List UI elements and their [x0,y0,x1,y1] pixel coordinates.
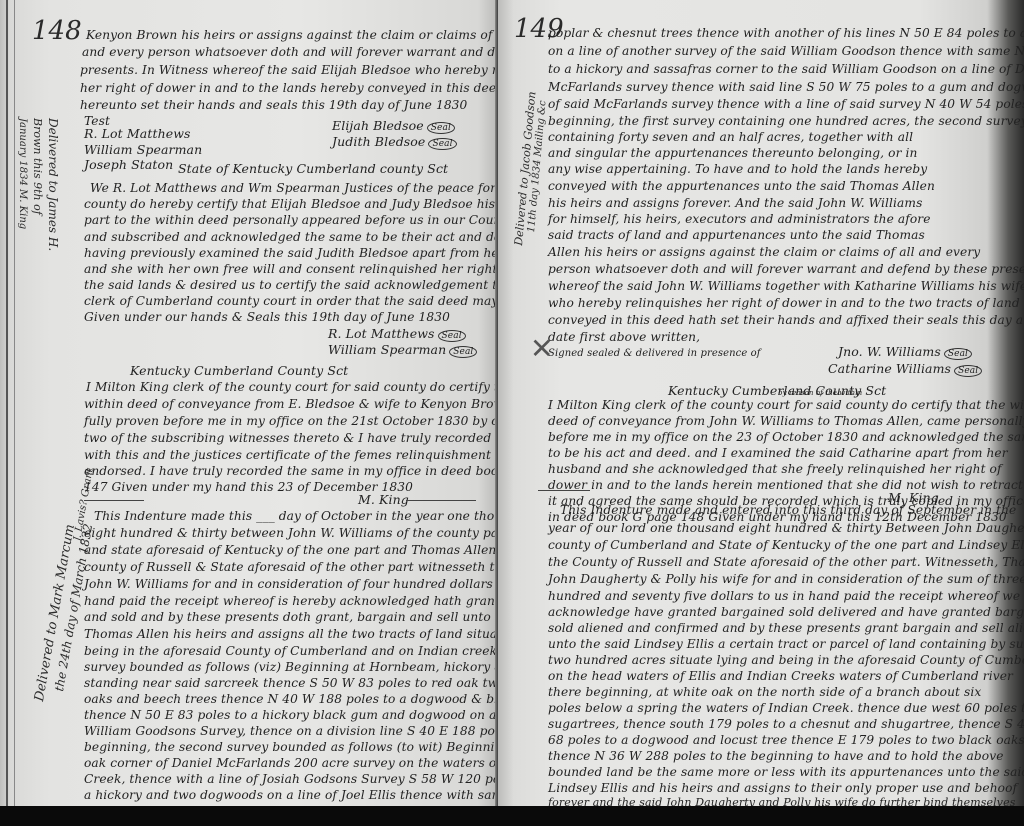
text-line: and every person whatsoever doth and wil… [82,45,498,59]
grantor-signature: Catharine WilliamsSeal [828,361,982,377]
interlineation: by reason of the within [778,389,862,397]
text-line: hand paid the receipt whereof is hereby … [84,594,498,608]
text-line: poles below a spring the waters of India… [548,701,1024,715]
witness-signature: Joseph Staton [84,157,173,172]
text-line: Creek, thence with a line of Josiah Gods… [84,772,498,786]
text-line: deed of conveyance from John W. Williams… [548,414,1024,428]
text-line: poplar & chesnut trees thence with anoth… [548,26,1024,40]
text-line: 68 poles to a dogwood and locust tree th… [548,733,1024,747]
text-line: county do hereby certify that Elijah Ble… [84,197,498,211]
seal-mark: Seal [944,348,972,360]
text-line: two of the subscribing witnesses thereto… [84,431,498,445]
seal-mark: Seal [428,138,456,150]
text-line: and singular the appurtenances thereunto… [548,146,917,160]
page-number-148: 148 [32,16,82,46]
text-line: the said lands & desired us to certify t… [84,278,498,292]
signature-name: Jno. W. Williams [838,344,941,359]
signature-name: William Spearman [328,342,446,357]
text-line: county of Cumberland and State of Kentuc… [548,538,1024,552]
text-line: his heirs and assigns forever. And the s… [548,196,922,210]
text-line: thence N 36 W 288 poles to the beginning… [548,749,1004,763]
text-line: presents. In Witness whereof the said El… [80,63,498,77]
text-line: dower in and to the lands herein mention… [548,478,1023,492]
divider [406,500,476,501]
text-line: there beginning, at white oak on the nor… [548,685,981,699]
text-line: endorsed. I have truly recorded the same… [84,464,498,478]
text-line: who hereby relinquishes her right of dow… [548,296,1020,310]
text-line: Allen his heirs or assigns against the c… [548,245,980,259]
text-line: conveyed in this deed hath set their han… [548,313,1024,327]
text-line: two hundred acres situate lying and bein… [548,653,1024,667]
left-page: 148 Delivered to James H. Brown this 9th… [0,0,498,808]
text-line: whereof the said John W. Williams togeth… [548,279,1024,293]
text-line: survey bounded as follows (viz) Beginnin… [84,660,498,674]
text-line: William Goodsons Survey, thence on a div… [84,724,498,738]
justice-signature: William SpearmanSeal [328,342,477,358]
text-line: to a hickory and sassafras corner to the… [548,62,1024,76]
text-line: Kenyon Brown his heirs or assigns agains… [86,28,498,42]
text-line: on the head waters of Ellis and Indian C… [548,669,1013,683]
text-line: hereunto set their hands and seals this … [80,98,467,112]
text-line: I Milton King clerk of the county court … [86,380,498,394]
text-line: said tracts of land and appurtenances un… [548,228,925,242]
text-line: I Milton King clerk of the county court … [548,398,1024,412]
text-line: before me in my office on the 23 of Octo… [548,430,1024,444]
signature-name: Elijah Bledsoe [332,118,424,133]
justice-signature: R. Lot MatthewsSeal [328,326,466,342]
signature-name: Judith Bledsoe [332,134,425,149]
text-line: for himself, his heirs, executors and ad… [548,212,931,226]
text-line: fully proven before me in my office on t… [84,414,498,428]
text-line: clerk of Cumberland county court in orde… [84,294,498,308]
text-line: John Daugherty & Polly his wife for and … [548,572,1024,586]
text-line: conveyed with the appurtenances unto the… [548,179,935,193]
text-line: with this and the justices certificate o… [84,448,498,462]
text-line: person whatsoever doth and will forever … [548,262,1024,276]
text-line: This Indenture made this ___ day of Octo… [94,509,498,523]
text-line: to be his act and deed. and I examined t… [548,446,1008,460]
scan-border [0,806,1024,826]
margin-note-line: Brown this 9th of [31,118,44,215]
signature-name: R. Lot Matthews [328,326,435,341]
text-line: We R. Lot Matthews and Wm Spearman Justi… [90,181,498,195]
attestation-clause: Signed sealed & delivered in presence of [548,348,761,359]
text-line: oaks and beech trees thence N 40 W 188 p… [84,692,498,706]
certificate-heading: State of Kentucky Cumberland county Sct [178,161,448,176]
text-line: acknowledge have granted bargained sold … [548,605,1024,619]
text-line: Thomas Allen his heirs and assigns all t… [84,627,498,641]
text-line: any wise appertaining. To have and to ho… [548,162,927,176]
text-line: and subscribed and acknowledged the same… [84,230,498,244]
text-line: Lindsey Ellis and his heirs and assigns … [548,781,1017,795]
text-line: having previously examined the said Judi… [84,246,498,260]
margin-note-line: January 1834 M. King [17,118,28,229]
text-line: This Indenture made and entered into thi… [560,503,1016,517]
deed-book-spread: 148 Delivered to James H. Brown this 9th… [0,0,1024,808]
text-line: eight hundred & thirty between John W. W… [84,526,498,540]
text-line: and she with her own free will and conse… [84,262,498,276]
text-line: John W. Williams for and in consideratio… [84,577,498,591]
right-page: 149 Delivered to Jacob Goodson 11th day … [498,0,1024,808]
text-line: on a line of another survey of the said … [548,44,1024,58]
grantor-signature: Jno. W. WilliamsSeal [838,344,972,360]
certificate-heading: Kentucky Cumberland County Sct [130,363,348,378]
text-line: her right of dower in and to the lands h… [80,81,498,95]
text-line: Given under our hands & Seals this 19th … [84,310,450,324]
text-line: within deed of conveyance from E. Bledso… [84,397,498,411]
text-line: bounded land be the same more or less wi… [548,765,1024,779]
text-line: containing forty seven and an half acres… [548,130,913,144]
cross-mark-icon: ✕ [530,332,553,365]
text-line: year of our lord one thousand eight hund… [548,521,1024,535]
margin-note-line: Delivered to James H. [46,118,60,251]
text-line: date first above written, [548,330,700,344]
seal-mark: Seal [438,330,466,342]
seal-mark: Seal [427,122,455,134]
text-line: McFarlands survey thence with said line … [548,80,1024,94]
divider [538,490,590,491]
text-line: husband and she acknowledged that she fr… [548,462,1002,476]
signature-name: Catharine Williams [828,361,951,376]
text-line: sold aliened and confirmed and by these … [548,621,1024,635]
witness-signature: R. Lot Matthews [84,126,191,141]
text-line: beginning, the second survey bounded as … [84,740,498,754]
text-line: county of Russell & State aforesaid of t… [84,560,498,574]
divider [84,500,144,501]
text-line: and sold and by these presents doth gran… [84,610,498,624]
text-line: oak corner of Daniel McFarlands 200 acre… [84,756,498,770]
grantor-signature: Judith BledsoeSeal [332,134,457,150]
text-line: unto the said Lindsey Ellis a certain tr… [548,637,1024,651]
text-line: of said McFarlands survey thence with a … [548,97,1024,111]
witness-signature: William Spearman [84,142,202,157]
text-line: the County of Russell and State aforesai… [548,555,1024,569]
seal-mark: Seal [449,346,477,358]
text-line: a hickory and two dogwoods on a line of … [84,788,498,802]
text-line: standing near said sarcreek thence S 50 … [84,676,498,690]
text-line: sugartrees, thence south 179 poles to a … [548,717,1024,731]
grantor-signature: Elijah BledsoeSeal [332,118,455,134]
text-line: being in the aforesaid County of Cumberl… [84,644,498,658]
text-line: beginning, the first survey containing o… [548,114,1024,128]
clerk-signature: M. King [358,492,409,507]
text-line: part to the within deed personally appea… [84,213,498,227]
page-edge [6,0,15,808]
text-line: thence N 50 E 83 poles to a hickory blac… [84,708,498,722]
text-line: and state aforesaid of Kentucky of the o… [84,543,498,557]
text-line: hundred and seventy five dollars to us i… [548,589,1024,603]
seal-mark: Seal [954,365,982,377]
